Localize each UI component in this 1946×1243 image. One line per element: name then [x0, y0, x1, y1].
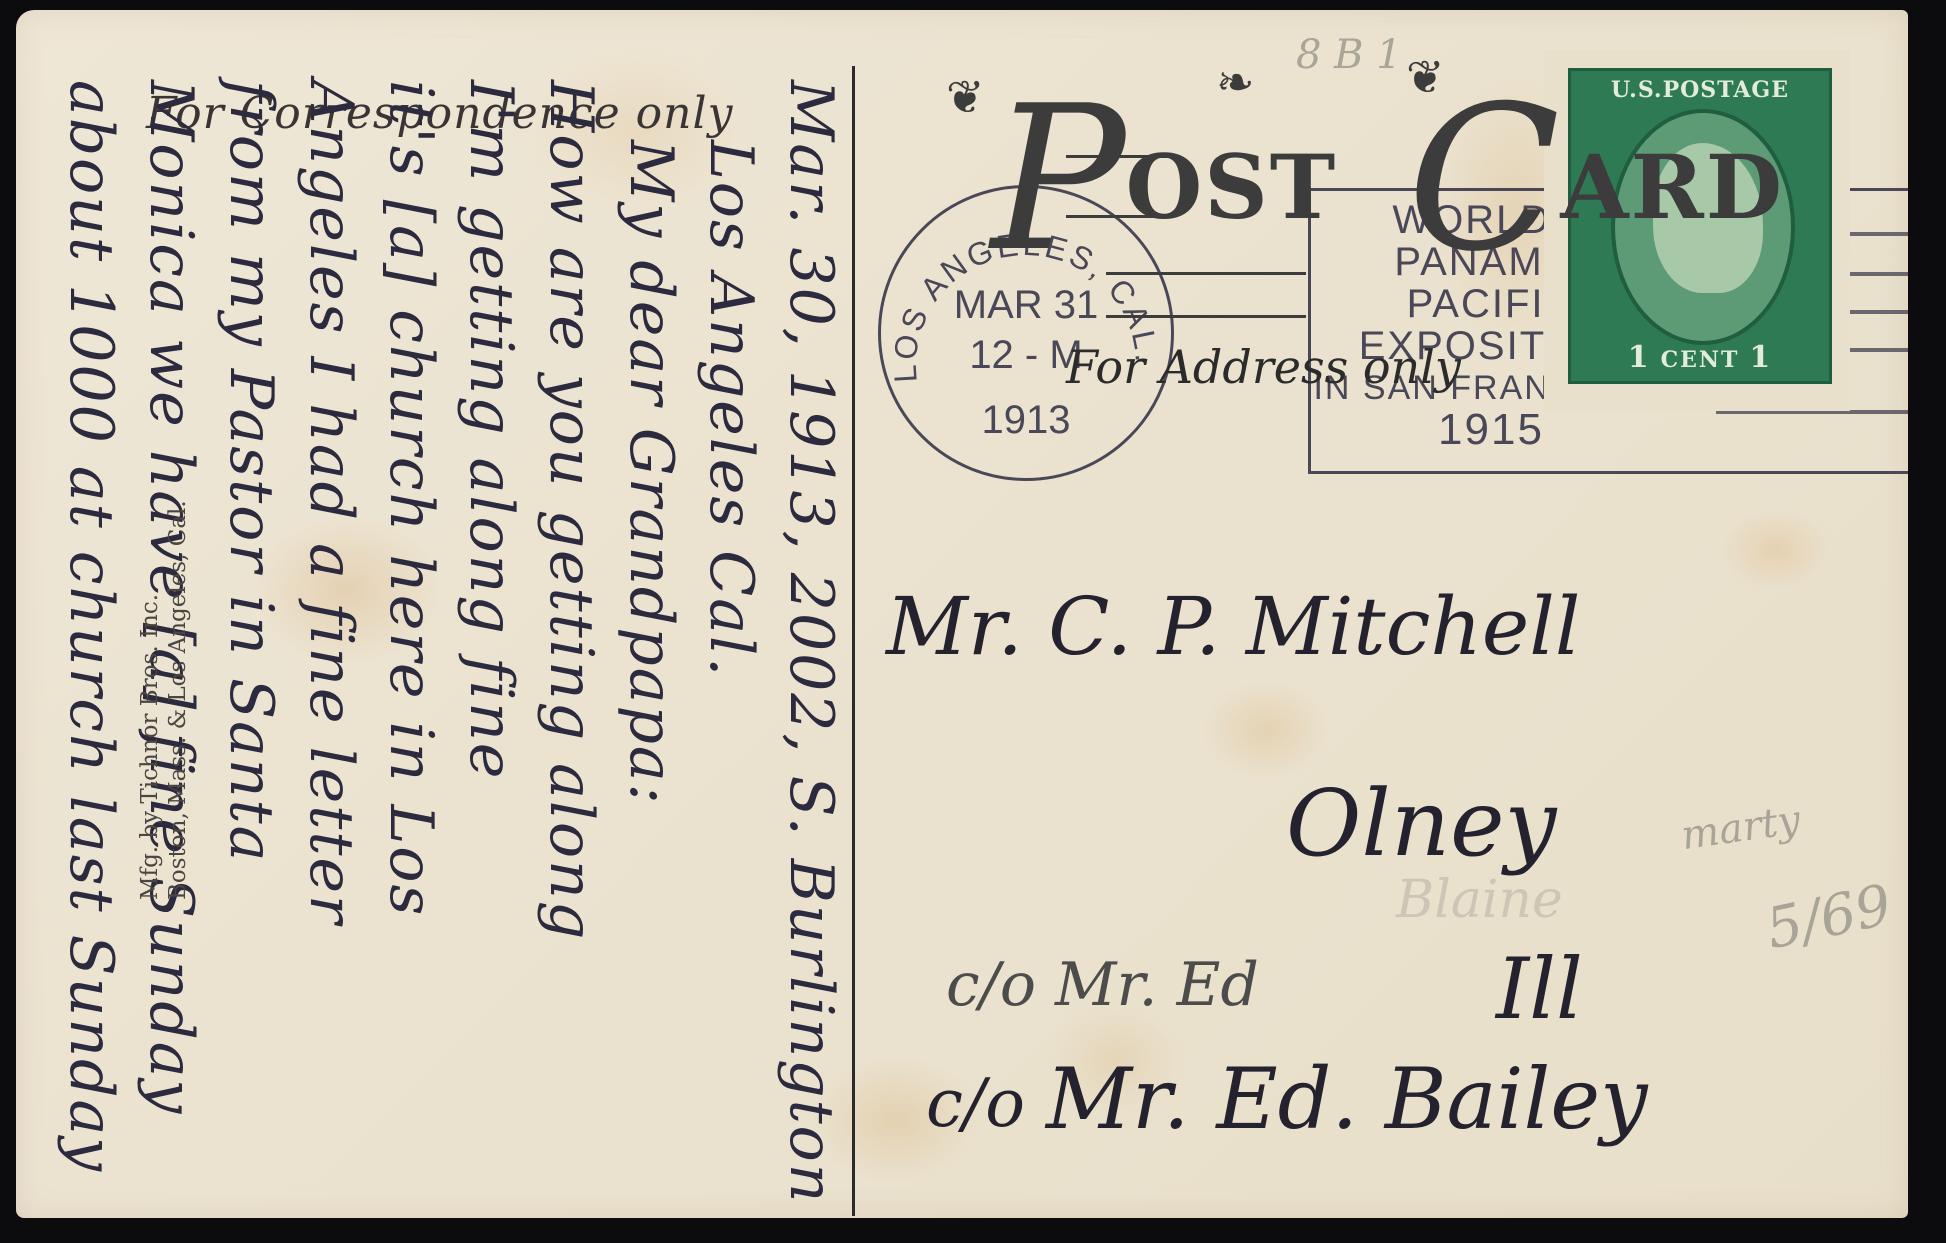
postcard: For Correspondence only Mar. 30, 1913, 2… — [16, 10, 1908, 1218]
pencil-note: 8 B 1 — [1296, 32, 1402, 78]
message-line: Mar. 30, 1913, 2002, S. Burlington — [771, 80, 851, 1218]
slogan-line: 1915 — [1311, 409, 1671, 451]
postcard-title: POSTCARD — [991, 80, 1784, 280]
pencil-note: Blaine — [1396, 870, 1563, 930]
recipient-city: Olney — [1286, 770, 1557, 877]
pencil-note: 5/69 — [1761, 873, 1898, 963]
message-line: I'm getting along fine — [451, 80, 531, 1218]
message-line: it's [a] church here in Los — [371, 80, 451, 1218]
care-of-label: c/o — [926, 1065, 1025, 1142]
postmark-year: 1913 — [881, 398, 1171, 443]
message-line: Angeles I had a fine letter — [291, 80, 371, 1218]
recipient-name: Mr. C. P. Mitchell — [886, 580, 1580, 673]
imprint-line: Boston, Mass. & Los Angeles, Cal. — [164, 500, 192, 900]
care-of-name: Mr. Ed. Bailey — [1046, 1050, 1648, 1148]
imprint-line: Mfg. by Tichnor Bros. Inc. — [136, 500, 164, 900]
message-line: about 1000 at church last Sunday — [51, 80, 131, 1218]
message-line: from my Pastor in Santa — [211, 80, 291, 1218]
address-label: For Address only — [1066, 340, 1461, 394]
message-line: Los Angeles Cal. — [691, 80, 771, 1218]
message-line: My dear Grandpapa: — [611, 80, 691, 1218]
center-divider — [852, 66, 855, 1216]
care-of-struck: c/o Mr. Ed — [946, 950, 1259, 1020]
recipient-state: Ill — [1496, 940, 1583, 1038]
flourish-icon: ❦ — [946, 70, 985, 124]
publisher-imprint: Mfg. by Tichnor Bros. Inc. Boston, Mass.… — [136, 500, 192, 900]
message-line: How are you getting along — [531, 80, 611, 1218]
pencil-note: marty — [1678, 797, 1803, 859]
title-rule — [1106, 315, 1306, 318]
stamp-denomination: 1CENT1 — [1571, 340, 1829, 375]
